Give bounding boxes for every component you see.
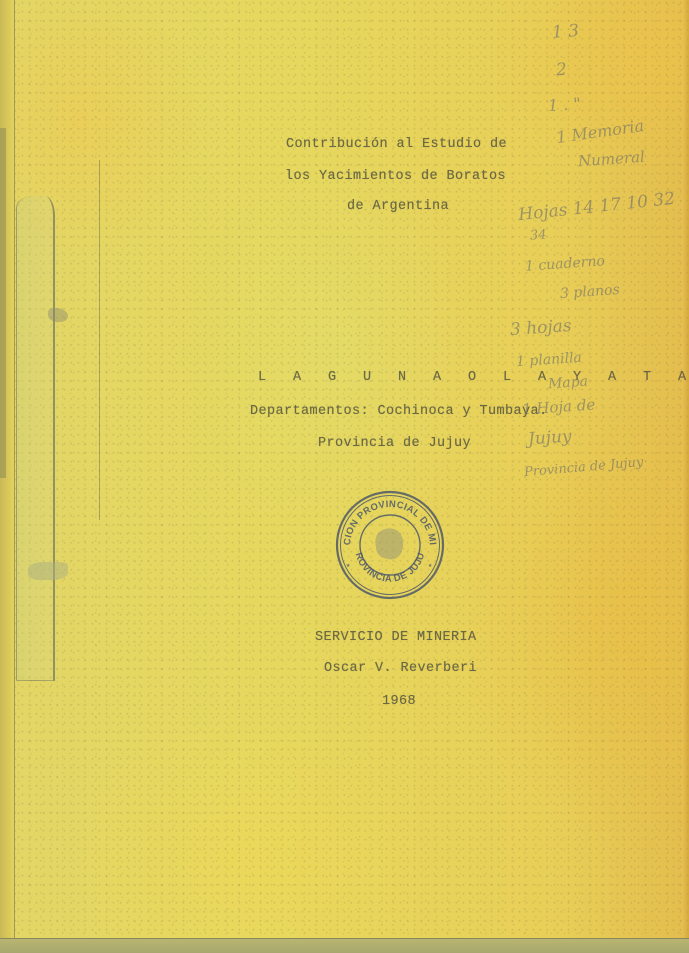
service-line: SERVICIO DE MINERIA [315,630,477,645]
handwritten-note: Jujuy [527,427,572,450]
departments-line: Departamentos: Cochinoca y Tumbaya. [250,404,548,419]
handwritten-note: Numeral [577,148,645,171]
title-line-2: los Yacimientos de Boratos [285,169,506,184]
bottom-page-edge [0,938,689,953]
handwritten-note: 1 3 [551,21,579,43]
binding-shadow [0,128,6,478]
handwritten-note: 1 Memoria [555,116,645,147]
binding-tape-strip [16,196,55,681]
tape-tear [48,308,68,322]
handwritten-note: Hojas 14 17 10 32 [517,189,676,225]
handwritten-note: 3 hojas [509,316,572,340]
official-stamp: DIRECCION PROVINCIAL DE MINERIA PROVINCI… [332,489,448,601]
subject-heading: L A G U N A O L A Y A T A Y O C [258,370,689,385]
handwritten-note: 1 planilla [516,350,583,371]
stamp-seal-icon: DIRECCION PROVINCIAL DE MINERIA PROVINCI… [332,489,448,601]
handwritten-note: 34 [529,227,547,243]
handwritten-note: Mapa [547,374,588,393]
publication-year: 1968 [382,694,416,709]
right-page-edge [683,0,689,953]
handwritten-note: Provincia de Jujuy [524,455,644,480]
tape-tab [28,562,68,580]
author-name: Oscar V. Reverberi [324,661,477,676]
title-line-1: Contribución al Estudio de [286,137,507,152]
scanned-page: Contribución al Estudio de los Yacimient… [0,0,689,953]
province-line: Provincia de Jujuy [318,436,471,451]
handwritten-note: 1 cuaderno [525,253,606,275]
handwritten-note: 1 . " [547,94,581,115]
handwritten-note: 3 planos [560,282,621,302]
svg-text:★: ★ [428,562,433,570]
title-line-3: de Argentina [347,199,449,214]
fold-line [99,160,100,520]
handwritten-note: 1 Hoja de [521,395,595,418]
handwritten-note: 2 [555,60,567,81]
svg-text:★: ★ [346,562,351,570]
